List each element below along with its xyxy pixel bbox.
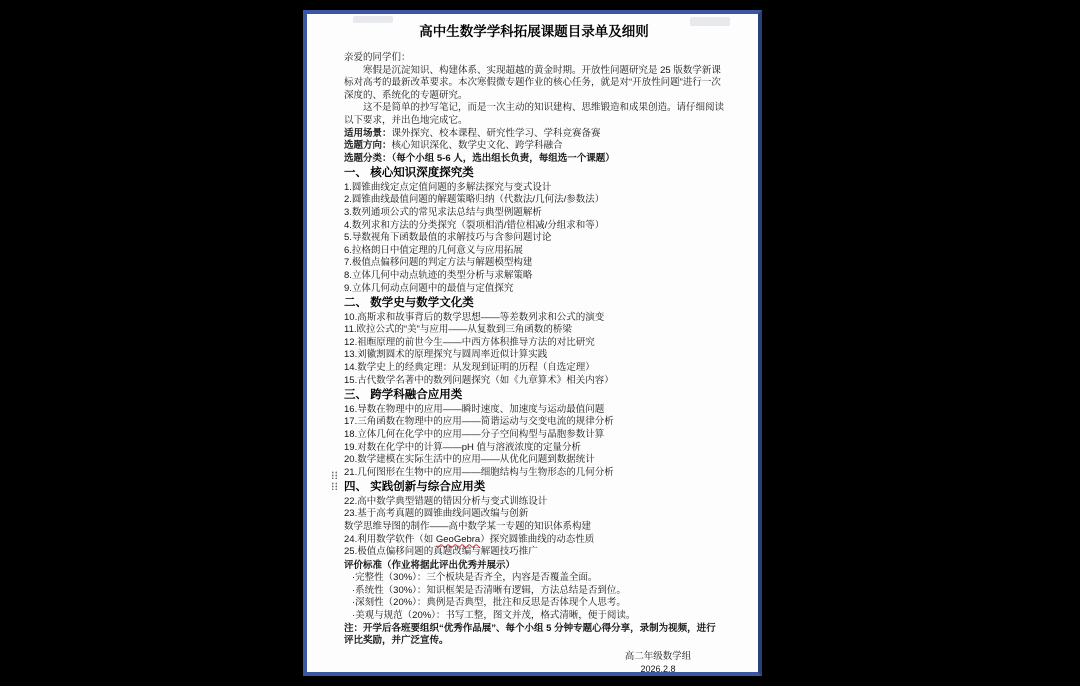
meta-value: 课外探究、校本课程、研究性学习、学科竞赛备赛	[392, 128, 601, 139]
topic-item: 23.基于高考真题的圆锥曲线问题改编与创新	[344, 508, 724, 521]
intro-paragraph: 寒假是沉淀知识、构建体系、实现超越的黄金时期。开放性问题研究是 25 版数学新课…	[344, 65, 724, 103]
topic-item: 6.拉格朗日中值定理的几何意义与应用拓展	[344, 245, 724, 258]
topic-item: 21.几何图形在生物中的应用——细胞结构与生物形态的几何分析	[344, 467, 724, 480]
topic-item: 25.极值点偏移问题的真题改编与解题技巧推广	[344, 546, 724, 559]
criteria-item: ·深刻性（20%）：典例是否典型，批注和反思是否体现个人思考。	[344, 597, 724, 610]
criteria-item: ·完整性（30%）：三个板块是否齐全，内容是否覆盖全面。	[344, 572, 724, 585]
criteria-heading: 评价标准（作业将据此评出优秀并展示）	[344, 559, 724, 573]
meta-label: 选题分类：（每个小组 5-6 人，选出组长负责，每组选一个课题）	[344, 153, 615, 164]
topic-item: 5.导数视角下函数最值的求解技巧与含参问题讨论	[344, 232, 724, 245]
topic-item: 22.高中数学典型错题的错因分析与变式训练设计	[344, 496, 724, 509]
criteria-item: ·系统性（30%）：知识框架是否清晰有逻辑，方法总结是否到位。	[344, 585, 724, 598]
page-title: 高中生数学学科拓展课题目录单及细则	[344, 24, 724, 40]
date: 2026.2.8	[588, 663, 728, 675]
topic-item: 11.欧拉公式的“美”与应用——从复数到三角函数的桥梁	[344, 324, 724, 337]
section-heading: 三、 跨学科融合应用类	[344, 388, 724, 403]
topic-item: 13.刘徽割圆术的原理探究与圆周率近似计算实践	[344, 349, 724, 362]
topic-item: 20.数学建模在实际生活中的应用——从优化问题到数据统计	[344, 454, 724, 467]
intro-paragraph: 这不是简单的抄写笔记，而是一次主动的知识建构、思维锻造和成果创造。请仔细阅读以下…	[344, 102, 724, 127]
topic-item: 7.极值点偏移问题的判定方法与解题模型构建	[344, 257, 724, 270]
meta-value: 核心知识深化、数学史文化、跨学科融合	[392, 140, 563, 151]
topic-sections: 一、 核心知识深度探究类1.圆锥曲线定点定值问题的多解法探究与变式设计2.圆锥曲…	[344, 166, 724, 558]
meta-line-grouping: 选题分类：（每个小组 5-6 人，选出组长负责，每组选一个课题）	[344, 153, 724, 166]
document-page: 高中生数学学科拓展课题目录单及细则 亲爱的同学们： 寒假是沉淀知识、构建体系、实…	[303, 10, 762, 676]
topic-item: 9.立体几何动点问题中的最值与定值探究	[344, 283, 724, 296]
topic-item: 24.利用数学软件（如 GeoGebra）探究圆锥曲线的动态性质	[344, 534, 724, 547]
meta-line-scenes: 适用场景：课外探究、校本课程、研究性学习、学科竞赛备赛	[344, 128, 724, 141]
salutation: 亲爱的同学们：	[344, 52, 724, 65]
topic-item: 1.圆锥曲线定点定值问题的多解法探究与变式设计	[344, 182, 724, 195]
topic-item: 14.数学史上的经典定理：从发现到证明的历程（自选定理）	[344, 362, 724, 375]
topic-item: 15.古代数学名著中的数列问题探究（如《九章算术》相关内容）	[344, 375, 724, 388]
spellcheck-underlined-word: GeoGebra	[436, 534, 480, 545]
screen-background: 高中生数学学科拓展课题目录单及细则 亲爱的同学们： 寒假是沉淀知识、构建体系、实…	[0, 0, 1080, 686]
topic-item: 12.祖暅原理的前世今生——中西方体积推导方法的对比研究	[344, 337, 724, 350]
meta-label: 选题方向：	[344, 140, 392, 151]
section-heading: 二、 数学史与数学文化类	[344, 296, 724, 311]
topic-item: 18.立体几何在化学中的应用——分子空间构型与晶胞参数计算	[344, 429, 724, 442]
note-paragraph: 注：开学后各班要组织“优秀作品展”、每个小组 5 分钟专题心得分享，录制为视频，…	[344, 623, 724, 649]
topic-item: 10.高斯求和故事背后的数学思想——等差数列求和公式的演变	[344, 312, 724, 325]
topic-item: 4.数列求和方法的分类探究（裂项相消/错位相减/分组求和等）	[344, 220, 724, 233]
topic-item: 3.数列通项公式的常见求法总结与典型例题解析	[344, 207, 724, 220]
topic-item: 17.三角函数在物理中的应用——简谐运动与交变电流的规律分析	[344, 416, 724, 429]
signature-block: 高二年级数学组 2026.2.8	[588, 650, 728, 675]
topic-item: 2.圆锥曲线最值问题的解题策略归纳（代数法/几何法/参数法）	[344, 194, 724, 207]
signature: 高二年级数学组	[588, 650, 728, 663]
section-heading: 一、 核心知识深度探究类	[344, 166, 724, 181]
topic-item: 16.导数在物理中的应用——瞬时速度、加速度与运动最值问题	[344, 404, 724, 417]
topic-item: 19.对数在化学中的计算——pH 值与溶液浓度的定量分析	[344, 442, 724, 455]
criteria-list: ·完整性（30%）：三个板块是否齐全，内容是否覆盖全面。·系统性（30%）：知识…	[344, 572, 724, 622]
topic-item: 数学思维导图的制作——高中数学某一专题的知识体系构建	[344, 521, 724, 534]
meta-line-direction: 选题方向：核心知识深化、数学史文化、跨学科融合	[344, 140, 724, 153]
document-body: 高中生数学学科拓展课题目录单及细则 亲爱的同学们： 寒假是沉淀知识、构建体系、实…	[307, 14, 758, 672]
section-heading: 四、 实践创新与综合应用类	[344, 480, 724, 495]
meta-label: 适用场景：	[344, 128, 392, 139]
topic-item: 8.立体几何中动点轨迹的类型分析与求解策略	[344, 270, 724, 283]
criteria-item: ·美观与规范（20%）：书写工整，图文并茂，格式清晰，便于阅读。	[344, 610, 724, 623]
